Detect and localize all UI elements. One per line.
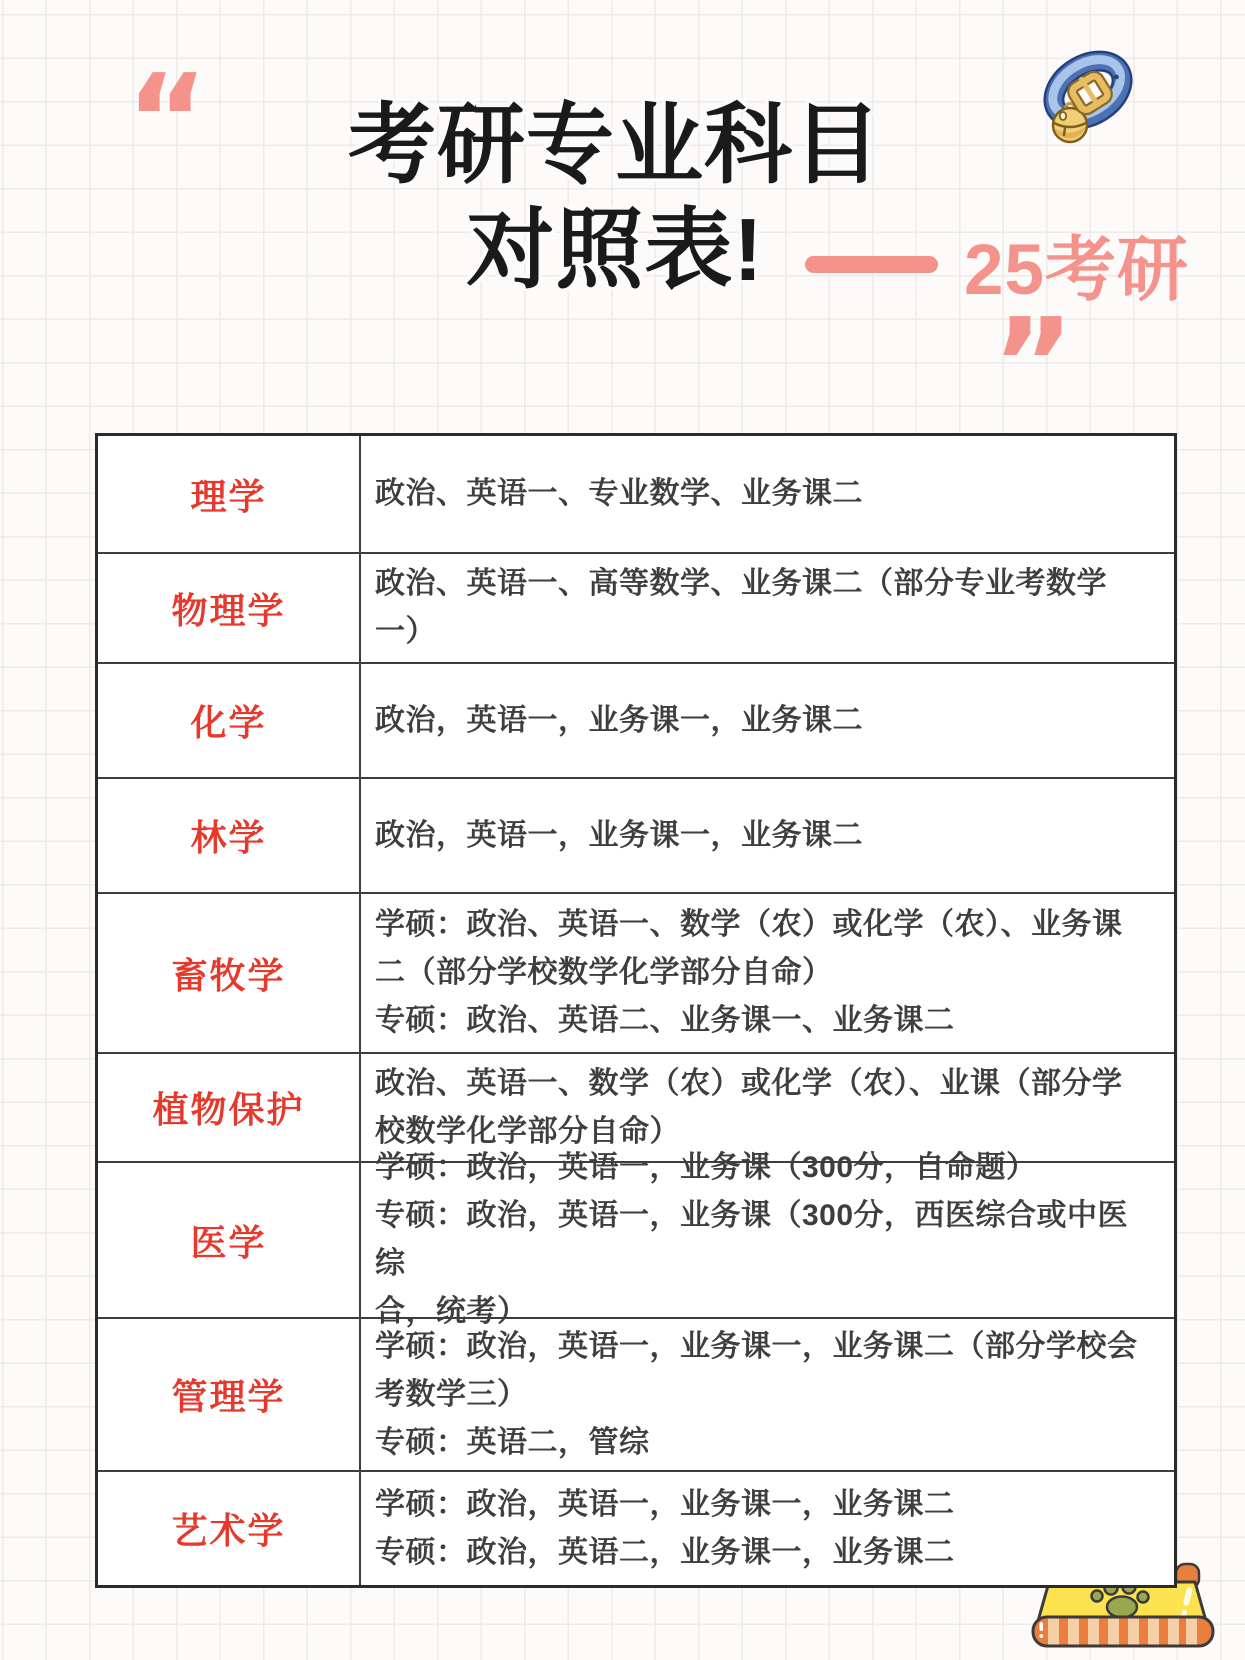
subject-name: 植物保护 [98,1054,361,1161]
subject-name: 艺术学 [98,1472,361,1585]
pet-collar-bell-icon [1000,46,1140,164]
subject-name: 物理学 [98,554,361,662]
table-row: 畜牧学 学硕：政治、英语一、数学（农）或化学（农）、业务课 二（部分学校数学化学… [98,892,1174,1052]
open-quote-mark: “ [126,58,208,183]
table-row: 化学 政治，英语一，业务课一，业务课二 [98,662,1174,777]
table-row: 艺术学 学硕：政治，英语一，业务课一，业务课二 专硕：政治，英语二，业务课一，业… [98,1470,1174,1585]
table-row: 管理学 学硕：政治，英语一，业务课一，业务课二（部分学校会 考数学三） 专硕：英… [98,1317,1174,1470]
close-quote-mark: ” [992,302,1074,427]
subjects-comparison-table: 理学 政治、英语一、专业数学、业务课二 物理学 政治、英语一、高等数学、业务课二… [95,433,1177,1588]
table-row: 林学 政治，英语一，业务课一，业务课二 [98,777,1174,892]
table-row: 理学 政治、英语一、专业数学、业务课二 [98,436,1174,552]
subject-exams: 政治，英语一，业务课一，业务课二 [361,779,1174,892]
subject-name: 化学 [98,664,361,777]
subject-name: 理学 [98,436,361,552]
page-title-line1: 考研专业科目 [210,92,1020,197]
subject-exams: 学硕：政治，英语一，业务课一，业务课二（部分学校会 考数学三） 专硕：英语二，管… [361,1319,1174,1470]
subject-name: 畜牧学 [98,894,361,1052]
table-row: 医学 学硕：政治，英语一，业务课（300分，自命题） 专硕：政治，英语一，业务课… [98,1161,1174,1317]
subject-exams: 学硕：政治，英语一，业务课（300分，自命题） 专硕：政治，英语一，业务课（30… [361,1163,1174,1317]
subject-name: 管理学 [98,1319,361,1470]
subject-exams: 学硕：政治、英语一、数学（农）或化学（农）、业务课 二（部分学校数学化学部分自命… [361,894,1174,1052]
subject-name: 林学 [98,779,361,892]
tagline-dash [805,256,938,273]
table-row: 物理学 政治、英语一、高等数学、业务课二（部分专业考数学 一） [98,552,1174,662]
subject-exams: 政治，英语一，业务课一，业务课二 [361,664,1174,777]
subject-exams: 政治、英语一、高等数学、业务课二（部分专业考数学 一） [361,554,1174,662]
subject-exams: 学硕：政治，英语一，业务课一，业务课二 专硕：政治，英语二，业务课一，业务课二 [361,1472,1174,1585]
subject-exams: 政治、英语一、专业数学、业务课二 [361,436,1174,552]
subject-name: 医学 [98,1163,361,1317]
